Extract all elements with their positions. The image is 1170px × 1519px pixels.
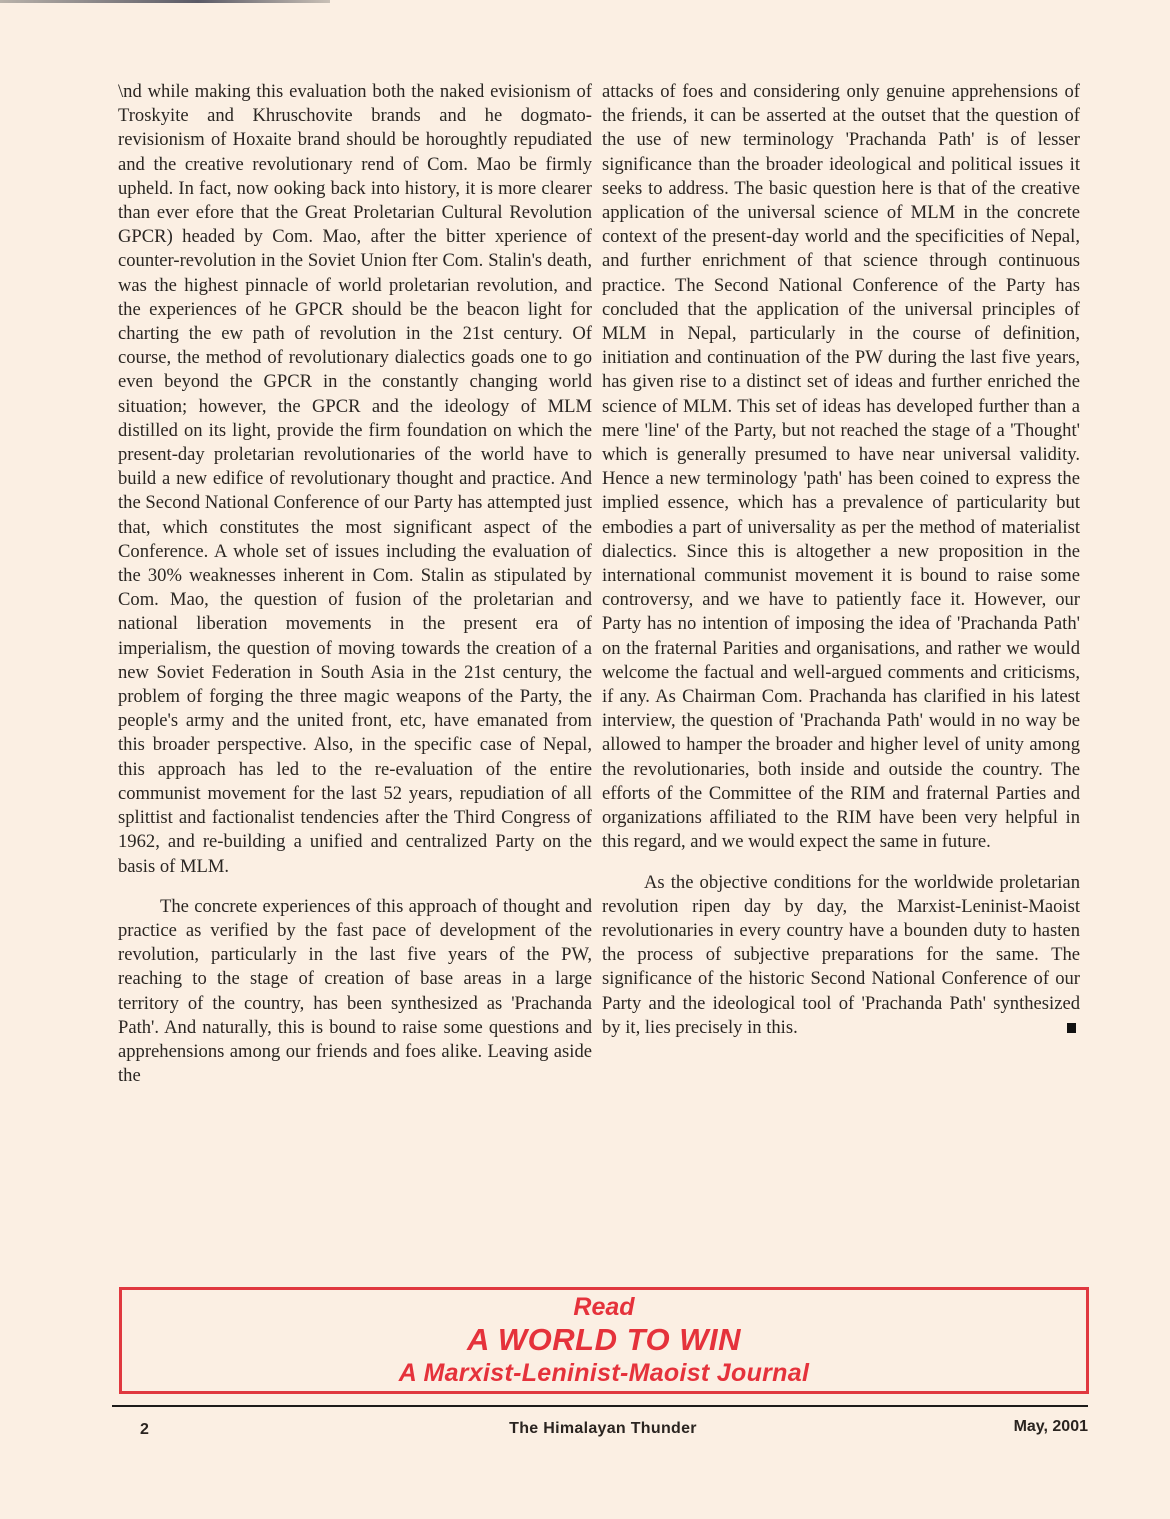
paragraph: \nd while making this evaluation both th… bbox=[118, 80, 592, 879]
left-column: \nd while making this evaluation both th… bbox=[118, 80, 592, 1088]
advertisement-box: Read A WORLD TO WIN A Marxist-Leninist-M… bbox=[119, 1287, 1089, 1394]
issue-date: May, 2001 bbox=[1014, 1418, 1088, 1436]
end-of-article-square-icon bbox=[1067, 1023, 1076, 1033]
right-column: attacks of foes and considering only gen… bbox=[602, 80, 1080, 1040]
paragraph: attacks of foes and considering only gen… bbox=[602, 80, 1080, 855]
footer-divider bbox=[112, 1405, 1088, 1407]
paragraph: The concrete experiences of this approac… bbox=[118, 895, 592, 1089]
paragraph-text: As the objective conditions for the worl… bbox=[602, 872, 1080, 1038]
publication-name: The Himalayan Thunder bbox=[118, 1420, 1088, 1438]
paragraph-final: As the objective conditions for the worl… bbox=[602, 871, 1080, 1040]
ad-read-label: Read bbox=[122, 1292, 1086, 1322]
ad-journal-title: A WORLD TO WIN bbox=[122, 1322, 1086, 1358]
ad-journal-subtitle: A Marxist-Leninist-Maoist Journal bbox=[122, 1358, 1086, 1388]
page-top-edge bbox=[0, 0, 330, 3]
page-footer: 2 The Himalayan Thunder May, 2001 bbox=[118, 1418, 1088, 1442]
